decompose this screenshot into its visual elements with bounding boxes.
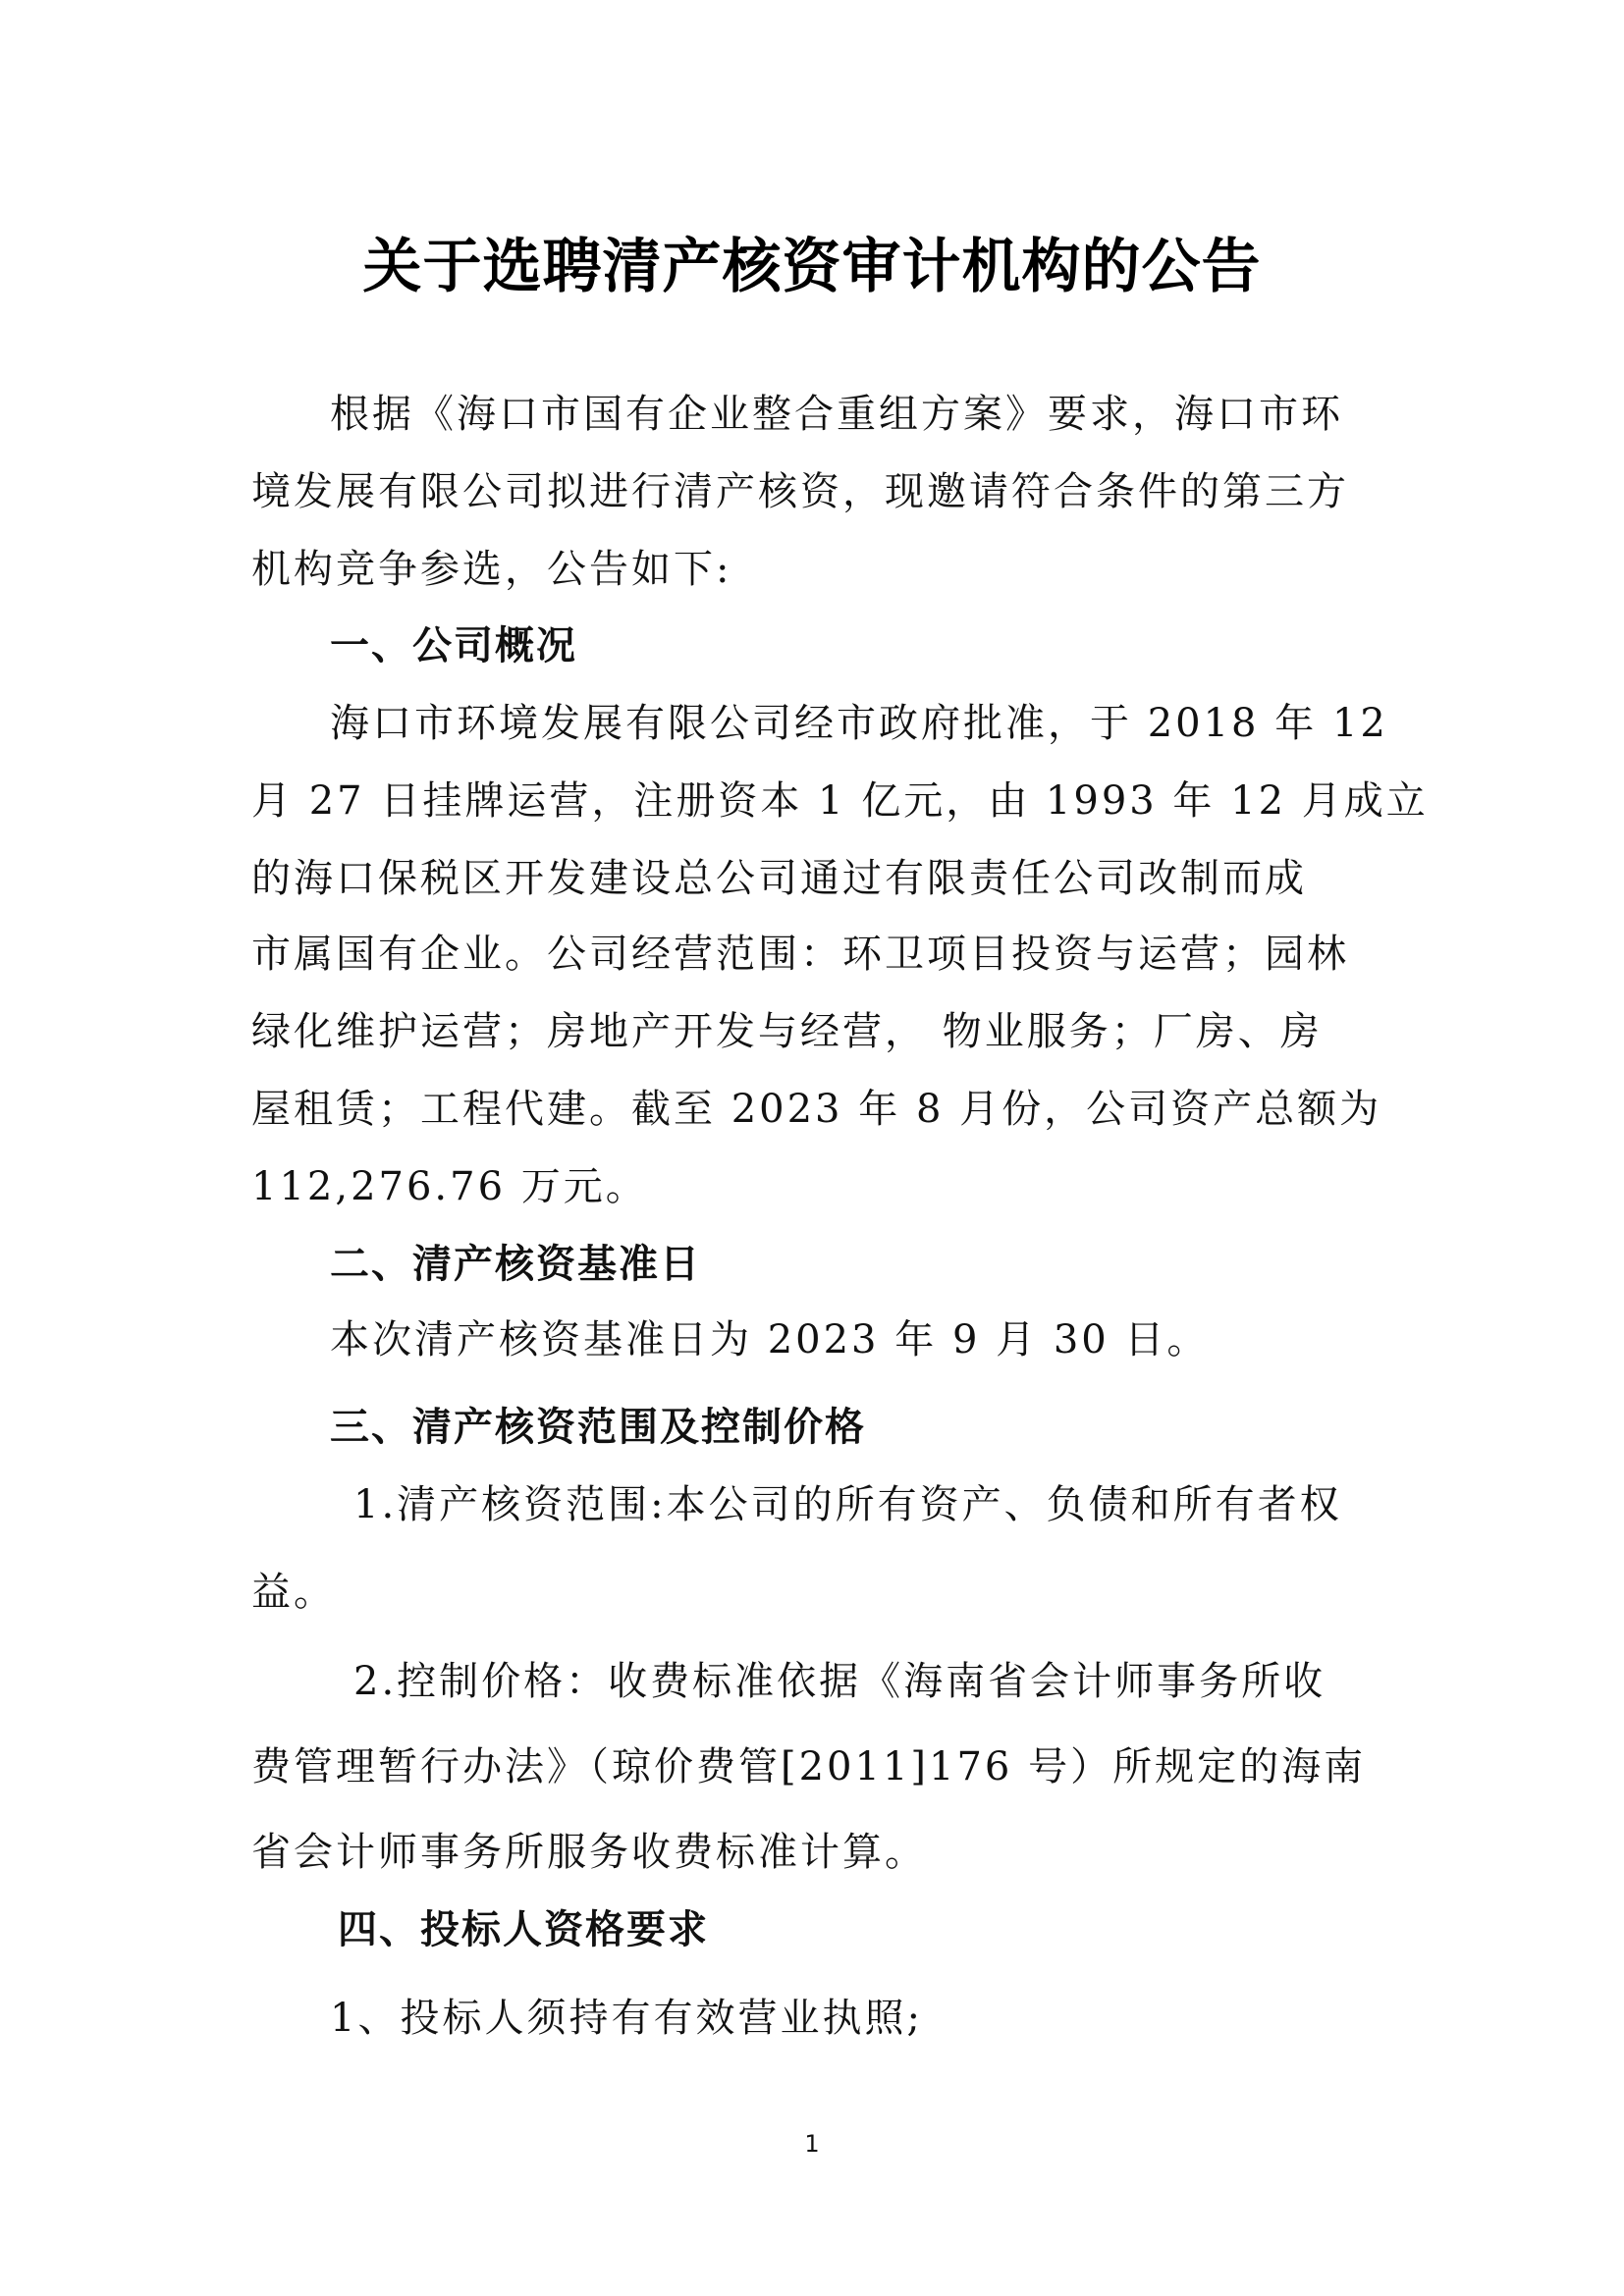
section-1-line-1: 海口市环境发展有限公司经市政府批准，于 2018 年 12 <box>330 698 1469 749</box>
section-3-item-2-line-2: 费管理暂行办法》（琼价费管[2011]176 号）所规定的海南 <box>251 1741 1390 1792</box>
section-3-item-1-line-1: 1.清产核资范围:本公司的所有资产、负债和所有者权 <box>353 1479 1492 1530</box>
intro-line-3: 机构竞争参选，公告如下: <box>251 544 1390 595</box>
section-heading-bidder-qualifications: 四、投标人资格要求 <box>338 1904 1477 1955</box>
section-heading-scope-and-price: 三、清产核资范围及控制价格 <box>330 1402 1469 1453</box>
section-1-line-6: 屋租赁；工程代建。截至 2023 年 8 月份，公司资产总额为 <box>251 1084 1390 1135</box>
document-title: 关于选聘清产核资审计机构的公告 <box>0 228 1624 306</box>
intro-line-1: 根据《海口市国有企业整合重组方案》要求，海口市环 <box>330 389 1469 440</box>
section-3-item-2-line-3: 省会计师事务所服务收费标准计算。 <box>251 1827 1390 1878</box>
section-heading-base-date: 二、清产核资基准日 <box>330 1239 1469 1290</box>
section-1-line-7: 112,276.76 万元。 <box>251 1161 1390 1212</box>
section-3-item-2-line-1: 2.控制价格：收费标准依据《海南省会计师事务所收 <box>353 1656 1492 1707</box>
section-2-line-1: 本次清产核资基准日为 2023 年 9 月 30 日。 <box>330 1314 1469 1365</box>
document-page: 关于选聘清产核资审计机构的公告 根据《海口市国有企业整合重组方案》要求，海口市环… <box>0 0 1624 2296</box>
section-1-line-2: 月 27 日挂牌运营，注册资本 1 亿元，由 1993 年 12 月成立 <box>251 775 1390 827</box>
section-1-line-3: 的海口保税区开发建设总公司通过有限责任公司改制而成 <box>251 853 1390 904</box>
section-1-line-4: 市属国有企业。公司经营范围：环卫项目投资与运营；园林 <box>251 929 1390 980</box>
section-1-line-5: 绿化维护运营；房地产开发与经营， 物业服务；厂房、房 <box>251 1006 1390 1057</box>
section-3-item-1-line-2: 益。 <box>251 1567 1390 1618</box>
section-heading-company-overview: 一、公司概况 <box>330 620 1469 671</box>
page-number: 1 <box>0 2130 1624 2158</box>
intro-line-2: 境发展有限公司拟进行清产核资，现邀请符合条件的第三方 <box>251 466 1390 517</box>
section-4-line-1: 1、投标人须持有有效营业执照; <box>330 1993 1469 2044</box>
